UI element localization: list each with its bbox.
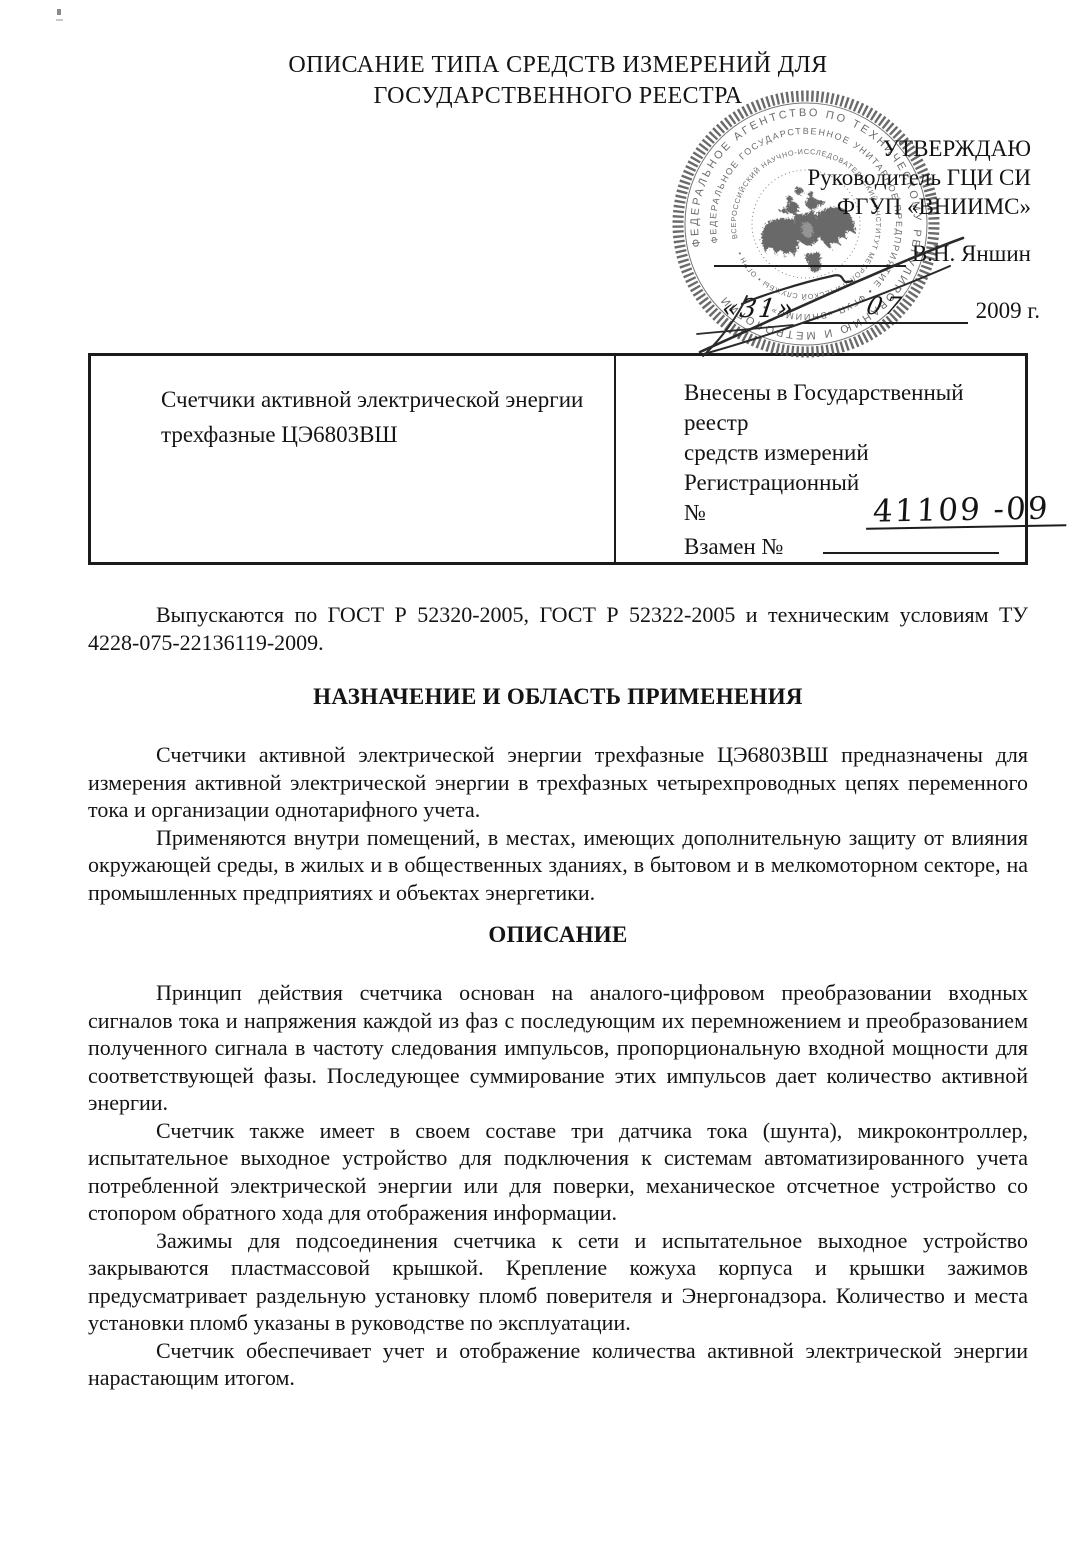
replaced-number-blank-line	[823, 528, 999, 554]
purpose-paragraph-2: Применяются внутри помещений, в местах, …	[88, 824, 1028, 907]
approval-date-row: «31» 07 2009 г.	[722, 292, 1040, 324]
description-paragraph-4: Счетчик обеспечивает учет и отображение …	[88, 1337, 1028, 1392]
page-title-line1: ОПИСАНИЕ ТИПА СРЕДСТВ ИЗМЕРЕНИЙ ДЛЯ	[288, 52, 827, 78]
replaced-number-row: Взамен №	[684, 528, 1015, 562]
instrument-name-cell: Счетчики активной электрической энергии …	[90, 355, 616, 564]
section-heading-description: ОПИСАНИЕ	[88, 920, 1028, 949]
date-month: 07	[864, 292, 906, 320]
date-day: «31»	[720, 294, 797, 324]
date-year: 2009 г.	[976, 298, 1040, 324]
intro-paragraph: Выпускаются по ГОСТ Р 52320-2005, ГОСТ Р…	[88, 601, 1028, 656]
approver-org: ФГУП «ВНИИМС»	[807, 192, 1031, 221]
register-entry-cell: Внесены в Государственный реестр средств…	[615, 355, 1027, 564]
description-paragraph-1: Принцип действия счетчика основан на ана…	[88, 979, 1028, 1117]
register-table: Счетчики активной электрической энергии …	[88, 353, 1028, 565]
signature-line	[714, 241, 906, 267]
scanned-document-page: ОПИСАНИЕ ТИПА СРЕДСТВ ИЗМЕРЕНИЙ ДЛЯ ГОСУ…	[0, 0, 1086, 1560]
signer-name: В.Н. Яншин	[912, 241, 1031, 267]
entry-line2: средств измерений	[684, 438, 1015, 468]
reg-number-value: 41109 -09	[866, 493, 1068, 529]
reg-number-label: Регистрационный №	[684, 468, 859, 528]
replaced-label: Взамен №	[684, 534, 783, 559]
approval-block: УТВЕРЖДАЮ Руководитель ГЦИ СИ ФГУП «ВНИИ…	[807, 134, 1031, 221]
signature-row: В.Н. Яншин	[714, 241, 1031, 267]
description-paragraph-2: Счетчик также имеет в своем составе три …	[88, 1117, 1028, 1227]
document-body: Выпускаются по ГОСТ Р 52320-2005, ГОСТ Р…	[88, 601, 1028, 1392]
description-paragraph-3: Зажимы для подсоединения счетчика к сети…	[88, 1227, 1028, 1337]
entry-line1: Внесены в Государственный реестр	[684, 378, 1015, 438]
registration-number-row: Регистрационный № 41109 -09	[684, 468, 1015, 528]
section-heading-purpose: НАЗНАЧЕНИЕ И ОБЛАСТЬ ПРИМЕНЕНИЯ	[88, 682, 1028, 711]
table-row: Счетчики активной электрической энергии …	[90, 355, 1027, 564]
instrument-name: Счетчики активной электрической энергии …	[161, 387, 583, 447]
purpose-paragraph-1: Счетчики активной электрической энергии …	[88, 741, 1028, 824]
approve-label: УТВЕРЖДАЮ	[807, 134, 1031, 163]
approver-role: Руководитель ГЦИ СИ	[807, 163, 1031, 192]
document-header: ОПИСАНИЕ ТИПА СРЕДСТВ ИЗМЕРЕНИЙ ДЛЯ ГОСУ…	[0, 0, 1086, 353]
date-month-line: 07	[803, 292, 968, 324]
